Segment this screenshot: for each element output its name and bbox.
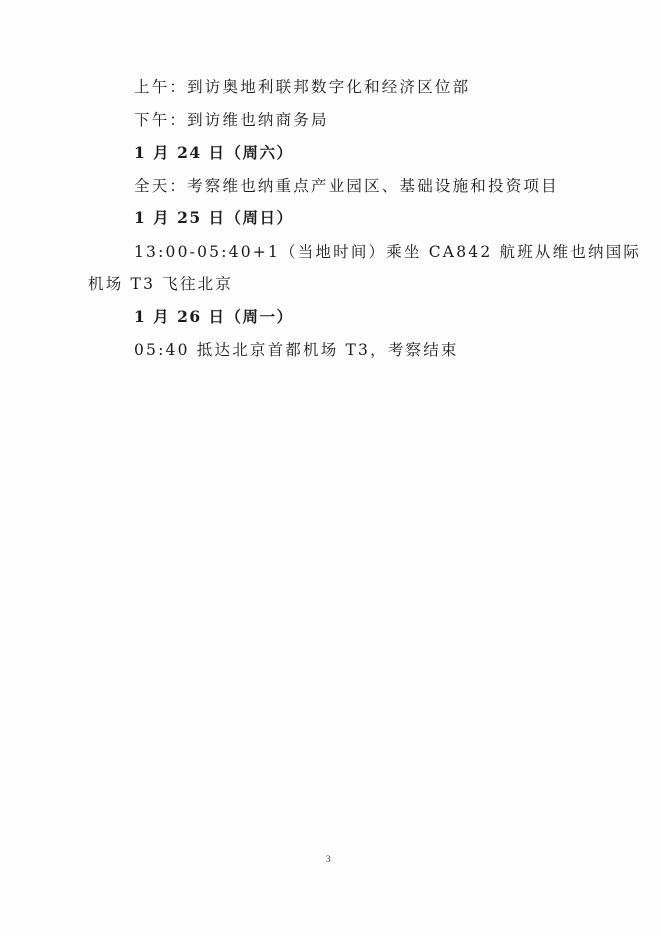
arrival-line: 05:40 抵达北京首都机场 T3，考察结束 xyxy=(134,340,459,360)
date-heading-jan24: 1 月 24 日（周六） xyxy=(134,143,294,163)
date-heading-jan26: 1 月 26 日（周一） xyxy=(134,307,294,327)
schedule-fullday-line: 全天：考察维也纳重点产业园区、基础设施和投资项目 xyxy=(134,176,559,196)
flight-line: 13:00-05:40+1（当地时间）乘坐 CA842 航班从维也纳国际 xyxy=(134,242,641,262)
page-number: 3 xyxy=(326,854,331,864)
document-page: 上午：到访奥地利联邦数字化和经济区位部 下午：到访维也纳商务局 1 月 24 日… xyxy=(0,0,661,936)
schedule-afternoon-line: 下午：到访维也纳商务局 xyxy=(134,110,329,130)
date-heading-jan25: 1 月 25 日（周日） xyxy=(134,208,294,228)
flight-line-continued: 机场 T3 飞往北京 xyxy=(88,274,233,294)
schedule-morning-line: 上午：到访奥地利联邦数字化和经济区位部 xyxy=(134,77,470,97)
